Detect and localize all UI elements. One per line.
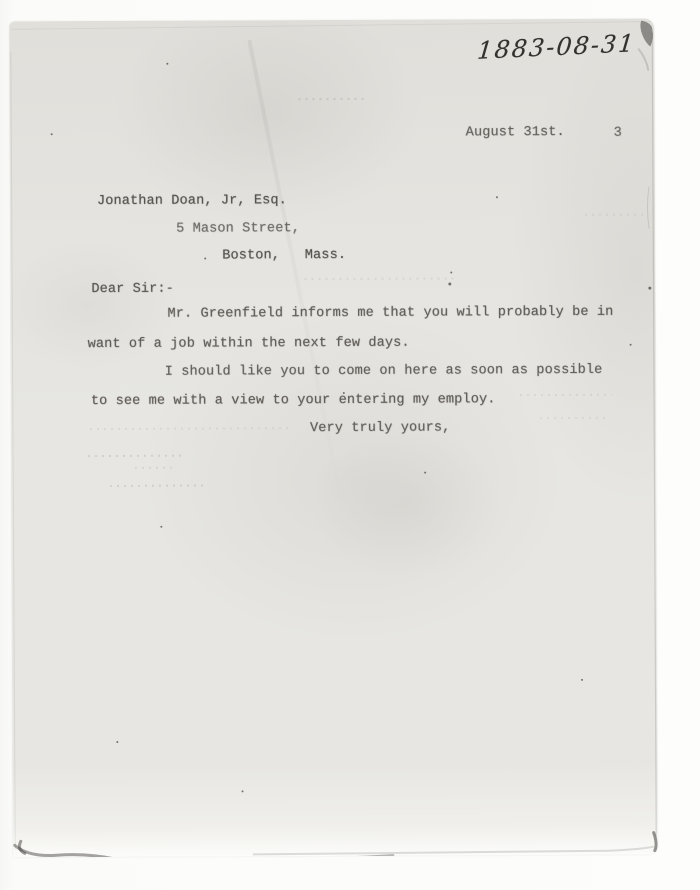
body-line: want of a job within the next few days.	[88, 337, 410, 352]
closing: Very truly yours,	[310, 421, 450, 436]
recipient-street: 5 Mason Street,	[176, 222, 300, 237]
paper-edge-artifacts	[9, 19, 658, 858]
recipient-city: Boston, Mass.	[222, 249, 346, 264]
body-line: to see me with a view to your entering m…	[91, 393, 496, 409]
scanned-letter-page: 1883-08-31 August 31st. 3 Jonathan Doan,…	[0, 0, 700, 890]
recipient-name: Jonathan Doan, Jr, Esq.	[97, 194, 287, 209]
salutation: Dear Sir:-	[91, 283, 174, 297]
body-line: I should like you to come on here as soo…	[165, 364, 603, 380]
letter-date: August 31st.	[466, 126, 565, 140]
page-number: 3	[614, 127, 622, 141]
body-line: Mr. Greenfield informs me that you will …	[167, 306, 613, 322]
letter-paper: 1883-08-31 August 31st. 3 Jonathan Doan,…	[9, 19, 658, 858]
